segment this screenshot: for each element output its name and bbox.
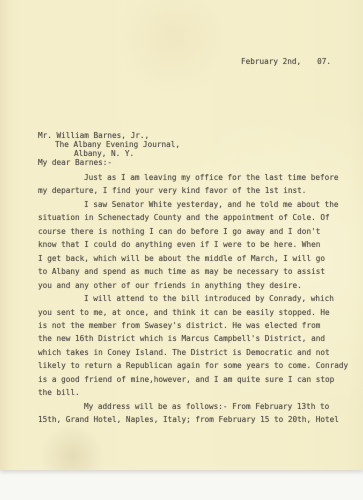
letter-paragraph: I saw Senator White yesterday, and he to… xyxy=(38,198,356,292)
recipient-address-block: Mr. William Barnes, Jr., The Albany Even… xyxy=(38,132,180,159)
salutation: My dear Barnes:- xyxy=(38,158,112,167)
letter-dateline: February 2nd, 07. xyxy=(0,57,331,66)
letter-page: February 2nd, 07. Mr. William Barnes, Jr… xyxy=(0,0,363,470)
scan-background: February 2nd, 07. Mr. William Barnes, Jr… xyxy=(0,0,363,500)
letter-paragraph: My address will be as follows:- From Feb… xyxy=(38,400,356,427)
letter-date: February 2nd, xyxy=(241,57,301,66)
letter-year: 07. xyxy=(317,57,331,66)
letter-paragraph: Just as I am leaving my office for the l… xyxy=(38,171,356,198)
letter-body: Just as I am leaving my office for the l… xyxy=(38,171,356,427)
letter-paragraph: I will attend to the bill introduced by … xyxy=(38,292,356,400)
